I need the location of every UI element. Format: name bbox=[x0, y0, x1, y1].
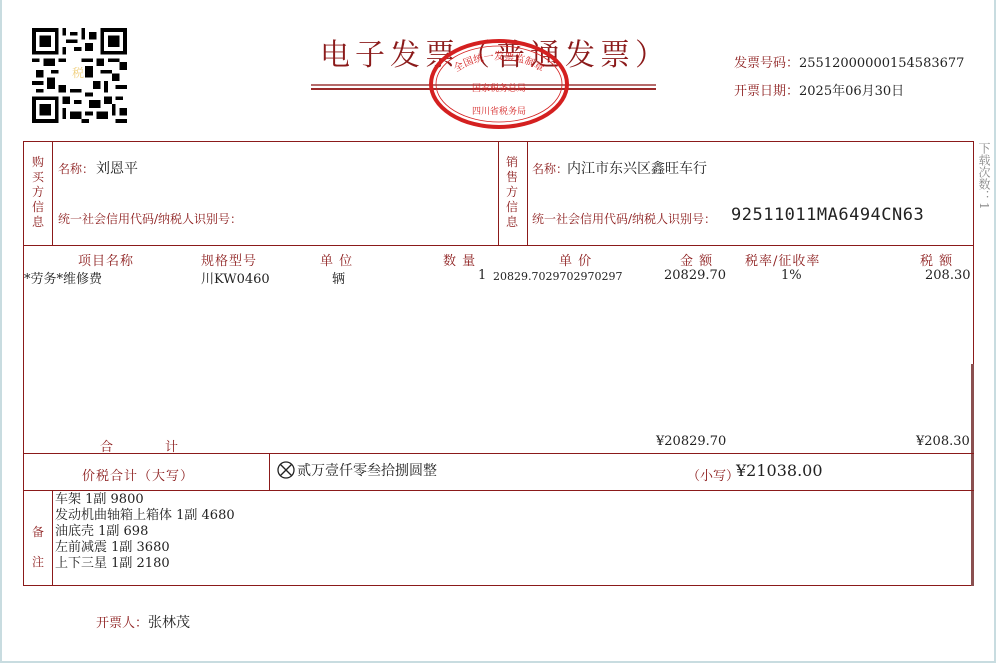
col-item-name: 项目名称 bbox=[78, 250, 134, 269]
divider bbox=[23, 245, 974, 246]
total-label: 合 计 bbox=[100, 436, 178, 455]
remarks-label: 备注 bbox=[30, 517, 46, 577]
remark-line: 左前减震 1副 3680 bbox=[55, 540, 235, 556]
remark-line: 发动机曲轴箱上箱体 1副 4680 bbox=[55, 508, 235, 524]
item-tax: 208.30 bbox=[925, 268, 971, 283]
buyer-section-label: 购买方信息 bbox=[30, 155, 46, 230]
item-tax-rate: 1% bbox=[781, 268, 802, 283]
issuer: 开票人：张林茂 bbox=[96, 612, 190, 632]
stamp-top-text: 全国统一发票监制章 bbox=[451, 50, 547, 75]
stamp-bottom-text: 四川省税务局 bbox=[472, 105, 526, 117]
qr-center-label: 税 bbox=[72, 64, 84, 81]
official-stamp-icon: 全国统一发票监制章 国家税务总局 四川省税务局 bbox=[427, 38, 571, 130]
col-spec: 规格型号 bbox=[201, 250, 257, 269]
col-unit: 单 位 bbox=[320, 250, 353, 269]
divider bbox=[269, 453, 270, 490]
seller-name-value: 内江市东兴区鑫旺车行 bbox=[567, 158, 707, 178]
invoice-date-label: 开票日期： bbox=[734, 84, 799, 99]
item-spec: 川KW0460 bbox=[201, 268, 270, 287]
invoice-number-label: 发票号码： bbox=[734, 56, 799, 71]
invoice-date-value: 2025年06月30日 bbox=[799, 84, 904, 99]
table-right-edge bbox=[971, 364, 974, 586]
stamp-middle-text: 国家税务总局 bbox=[472, 82, 526, 94]
seller-section-label: 销售方信息 bbox=[504, 155, 520, 230]
total-with-tax-label: 价税合计（大写） bbox=[82, 465, 194, 484]
svg-text:全国统一发票监制章: 全国统一发票监制章 bbox=[451, 50, 547, 75]
total-with-tax-small-label: （小写） bbox=[687, 465, 739, 484]
qr-code-icon: 税 bbox=[32, 28, 127, 123]
seller-name-label: 名称： bbox=[532, 160, 568, 177]
total-with-tax-upper-value: 贰万壹仟零叁拾捌圆整 bbox=[297, 460, 437, 480]
item-quantity: 1 bbox=[478, 268, 486, 283]
issuer-label: 开票人： bbox=[96, 616, 148, 631]
divider bbox=[52, 141, 53, 245]
invoice-number: 发票号码：25512000000154583677 bbox=[734, 52, 964, 71]
item-unit-price: 20829.7029702970297 bbox=[493, 270, 622, 283]
remark-line: 车架 1副 9800 bbox=[55, 492, 235, 508]
col-unit-price: 单 价 bbox=[559, 250, 592, 269]
col-tax-rate: 税率/征收率 bbox=[745, 250, 820, 269]
buyer-name-value: 刘恩平 bbox=[96, 158, 138, 178]
total-amount: ¥20829.70 bbox=[656, 434, 726, 449]
viewer-left-edge bbox=[0, 0, 2, 663]
divider bbox=[527, 141, 528, 245]
invoice-date: 开票日期：2025年06月30日 bbox=[734, 80, 904, 99]
seller-tax-id-value: 92511011MA6494CN63 bbox=[731, 205, 924, 225]
circled-x-icon bbox=[277, 461, 295, 479]
divider bbox=[52, 490, 53, 586]
item-name: *劳务*维修费 bbox=[24, 268, 102, 287]
invoice-number-value: 25512000000154583677 bbox=[799, 56, 964, 71]
col-tax: 税 额 bbox=[920, 250, 953, 269]
issuer-value: 张林茂 bbox=[148, 615, 190, 631]
total-with-tax-small-value: ¥21038.00 bbox=[736, 461, 823, 480]
seller-tax-id-label: 统一社会信用代码/纳税人识别号： bbox=[532, 210, 716, 227]
buyer-tax-id-label: 统一社会信用代码/纳税人识别号： bbox=[58, 210, 242, 227]
remarks-content: 车架 1副 9800 发动机曲轴箱上箱体 1副 4680 油底壳 1副 698 … bbox=[55, 492, 235, 572]
divider bbox=[23, 490, 974, 491]
total-with-tax-upper: 贰万壹仟零叁拾捌圆整 bbox=[277, 460, 437, 480]
item-amount: 20829.70 bbox=[664, 268, 726, 283]
buyer-name-label: 名称： bbox=[58, 160, 94, 177]
total-tax: ¥208.30 bbox=[916, 434, 970, 449]
item-unit: 辆 bbox=[332, 268, 345, 287]
remark-line: 油底壳 1副 698 bbox=[55, 524, 235, 540]
col-quantity: 数 量 bbox=[443, 250, 476, 269]
col-amount: 金 额 bbox=[680, 250, 713, 269]
download-count: 下载次数：1 bbox=[977, 142, 991, 210]
remark-line: 上下三星 1副 2180 bbox=[55, 556, 235, 572]
divider bbox=[498, 141, 499, 245]
